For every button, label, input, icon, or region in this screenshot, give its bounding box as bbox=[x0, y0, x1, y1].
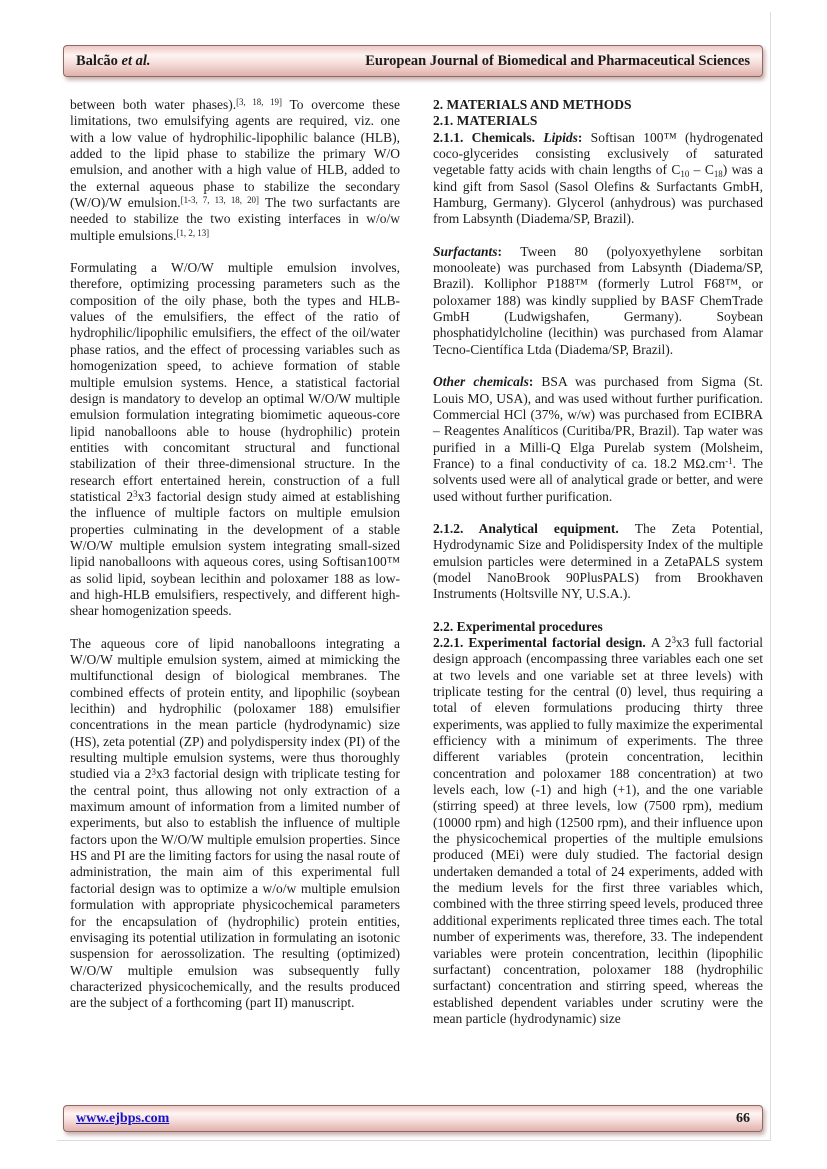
text-run: 2.1.1. Chemicals. bbox=[433, 130, 543, 145]
superscript-run: 3 bbox=[133, 489, 137, 499]
intro-paragraph-1: between both water phases).[3, 18, 19] T… bbox=[70, 97, 400, 244]
subscript-run: 18 bbox=[714, 169, 723, 179]
left-column: between both water phases).[3, 18, 19] T… bbox=[70, 97, 400, 1043]
journal-website-link[interactable]: www.ejbps.com bbox=[76, 1111, 169, 1127]
page-number: 66 bbox=[736, 1111, 750, 1127]
article-body: between both water phases).[3, 18, 19] T… bbox=[70, 97, 763, 1043]
superscript-run: [1-3, 7, 13, 18, 20] bbox=[181, 195, 259, 205]
subscript-run: 10 bbox=[680, 169, 689, 179]
text-run: The aqueous core of lipid nanoballoons i… bbox=[70, 636, 400, 782]
text-run: Other chemicals bbox=[433, 374, 529, 389]
text-run: 2.1.2. Analytical equipment. bbox=[433, 521, 635, 536]
journal-page: Balcão et al. European Journal of Biomed… bbox=[0, 0, 827, 1169]
text-run: between both water phases). bbox=[70, 97, 236, 112]
text-run: 2. MATERIALS AND METHODS bbox=[433, 97, 632, 112]
superscript-run: [3, 18, 19] bbox=[236, 97, 282, 107]
section-heading-experimental-procedures: 2.2. Experimental procedures bbox=[433, 619, 763, 635]
right-column: 2. MATERIALS AND METHODS2.1. MATERIALS2.… bbox=[433, 97, 763, 1043]
section-heading-materials: 2.1. MATERIALS bbox=[433, 113, 763, 129]
section-heading-materials-and-methods: 2. MATERIALS AND METHODS bbox=[433, 97, 763, 113]
page-header-bar: Balcão et al. European Journal of Biomed… bbox=[63, 45, 763, 77]
text-run: Formulating a W/O/W multiple emulsion in… bbox=[70, 260, 400, 504]
text-run: 2.2. Experimental procedures bbox=[433, 619, 603, 634]
text-run: x3 full factorial design approach (encom… bbox=[433, 635, 763, 1026]
experimental-factorial-design-paragraph: 2.2.1. Experimental factorial design. A … bbox=[433, 635, 763, 1027]
intro-paragraph-2: Formulating a W/O/W multiple emulsion in… bbox=[70, 260, 400, 620]
text-run: x3 factorial design with triplicate test… bbox=[70, 766, 400, 1010]
superscript-run: [1, 2, 13] bbox=[177, 228, 210, 238]
chemicals-lipids-paragraph: 2.1.1. Chemicals. Lipids: Softisan 100™ … bbox=[433, 130, 763, 228]
text-run: – C bbox=[689, 162, 714, 177]
text-run: x3 factorial design study aimed at estab… bbox=[70, 489, 400, 618]
author-etal: et al. bbox=[122, 53, 151, 69]
author-name: Balcão bbox=[76, 53, 122, 69]
other-chemicals-paragraph: Other chemicals: BSA was purchased from … bbox=[433, 374, 763, 505]
text-run: A 2 bbox=[651, 635, 672, 650]
text-run: 2.1. MATERIALS bbox=[433, 113, 537, 128]
text-run: Lipids bbox=[543, 130, 578, 145]
header-author: Balcão et al. bbox=[76, 53, 151, 70]
journal-title: European Journal of Biomedical and Pharm… bbox=[365, 53, 750, 70]
superscript-run: -1 bbox=[725, 456, 732, 466]
text-run: To overcome these limitations, two emuls… bbox=[70, 97, 400, 210]
page-edge-line-bottom bbox=[57, 1140, 771, 1141]
analytical-equipment-paragraph: 2.1.2. Analytical equipment. The Zeta Po… bbox=[433, 521, 763, 603]
page-edge-line-right bbox=[770, 12, 771, 1140]
intro-paragraph-3: The aqueous core of lipid nanoballoons i… bbox=[70, 636, 400, 1012]
superscript-run: 3 bbox=[152, 767, 156, 777]
surfactants-paragraph: Surfactants: Tween 80 (polyoxyethylene s… bbox=[433, 244, 763, 358]
superscript-run: 3 bbox=[671, 635, 675, 645]
text-run: Tween 80 (polyoxyethylene sorbitan monoo… bbox=[433, 244, 763, 357]
page-footer-bar: www.ejbps.com 66 bbox=[63, 1105, 763, 1132]
text-run: Surfactants bbox=[433, 244, 498, 259]
text-run: 2.2.1. Experimental factorial design. bbox=[433, 635, 651, 650]
